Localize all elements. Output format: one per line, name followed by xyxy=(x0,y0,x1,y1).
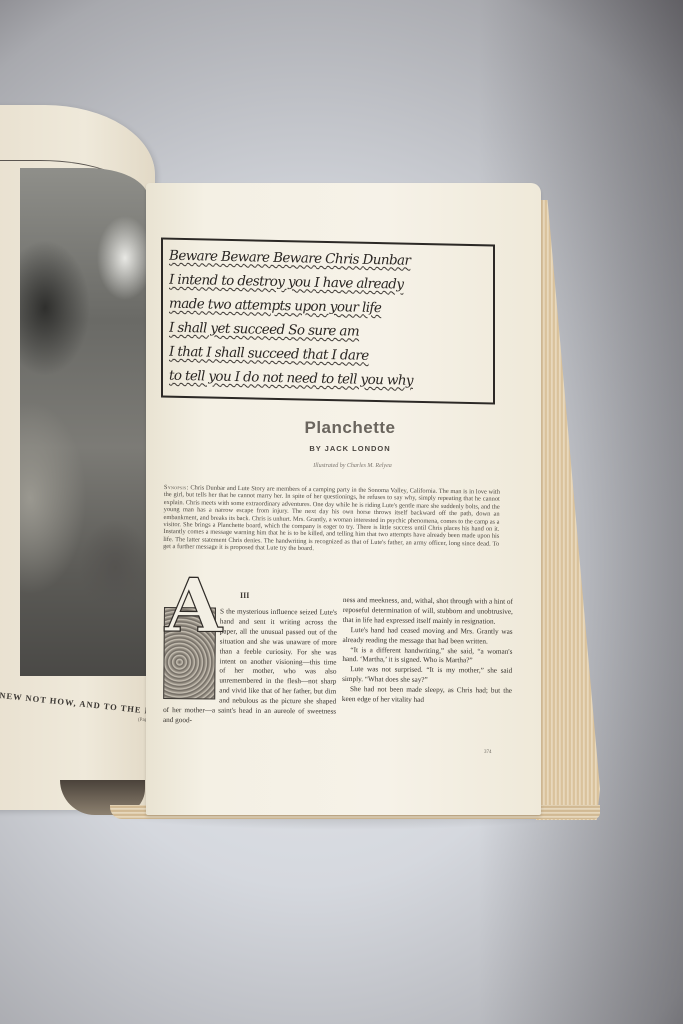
body-paragraph: “It is a different handwriting,” she sai… xyxy=(342,646,512,668)
body-column-right: ness and meekness, and, withal, shot thr… xyxy=(342,596,513,707)
synopsis: Synopsis: Chris Dunbar and Lute Story ar… xyxy=(163,484,500,555)
synopsis-label: Synopsis: xyxy=(164,484,189,491)
dropcap-letter: A xyxy=(165,602,215,612)
cliff-illustration xyxy=(20,168,148,676)
section-number: III xyxy=(240,591,249,600)
body-paragraph: Lute was not surprised. “It is my mother… xyxy=(342,665,512,687)
ornamental-dropcap: A xyxy=(163,607,216,699)
body-paragraph: ness and meekness, and, withal, shot thr… xyxy=(343,596,513,627)
body-column-left: A S the mysterious influence seized Lute… xyxy=(163,607,337,727)
page-number: 374 xyxy=(484,750,492,755)
article-byline: BY JACK LONDON xyxy=(270,444,430,453)
article-title: Planchette xyxy=(270,418,430,438)
planchette-message-box: Beware Beware Beware Chris Dunbar I inte… xyxy=(161,238,495,405)
synopsis-text: Chris Dunbar and Lute Story are members … xyxy=(163,484,500,552)
body-paragraph: Lute's hand had ceased moving and Mrs. G… xyxy=(342,626,512,648)
page-edges xyxy=(536,200,600,820)
illustrator-credit: Illustrated by Charles M. Relyea xyxy=(270,463,435,469)
body-paragraph: She had not been made sleepy, as Chris h… xyxy=(342,685,512,707)
